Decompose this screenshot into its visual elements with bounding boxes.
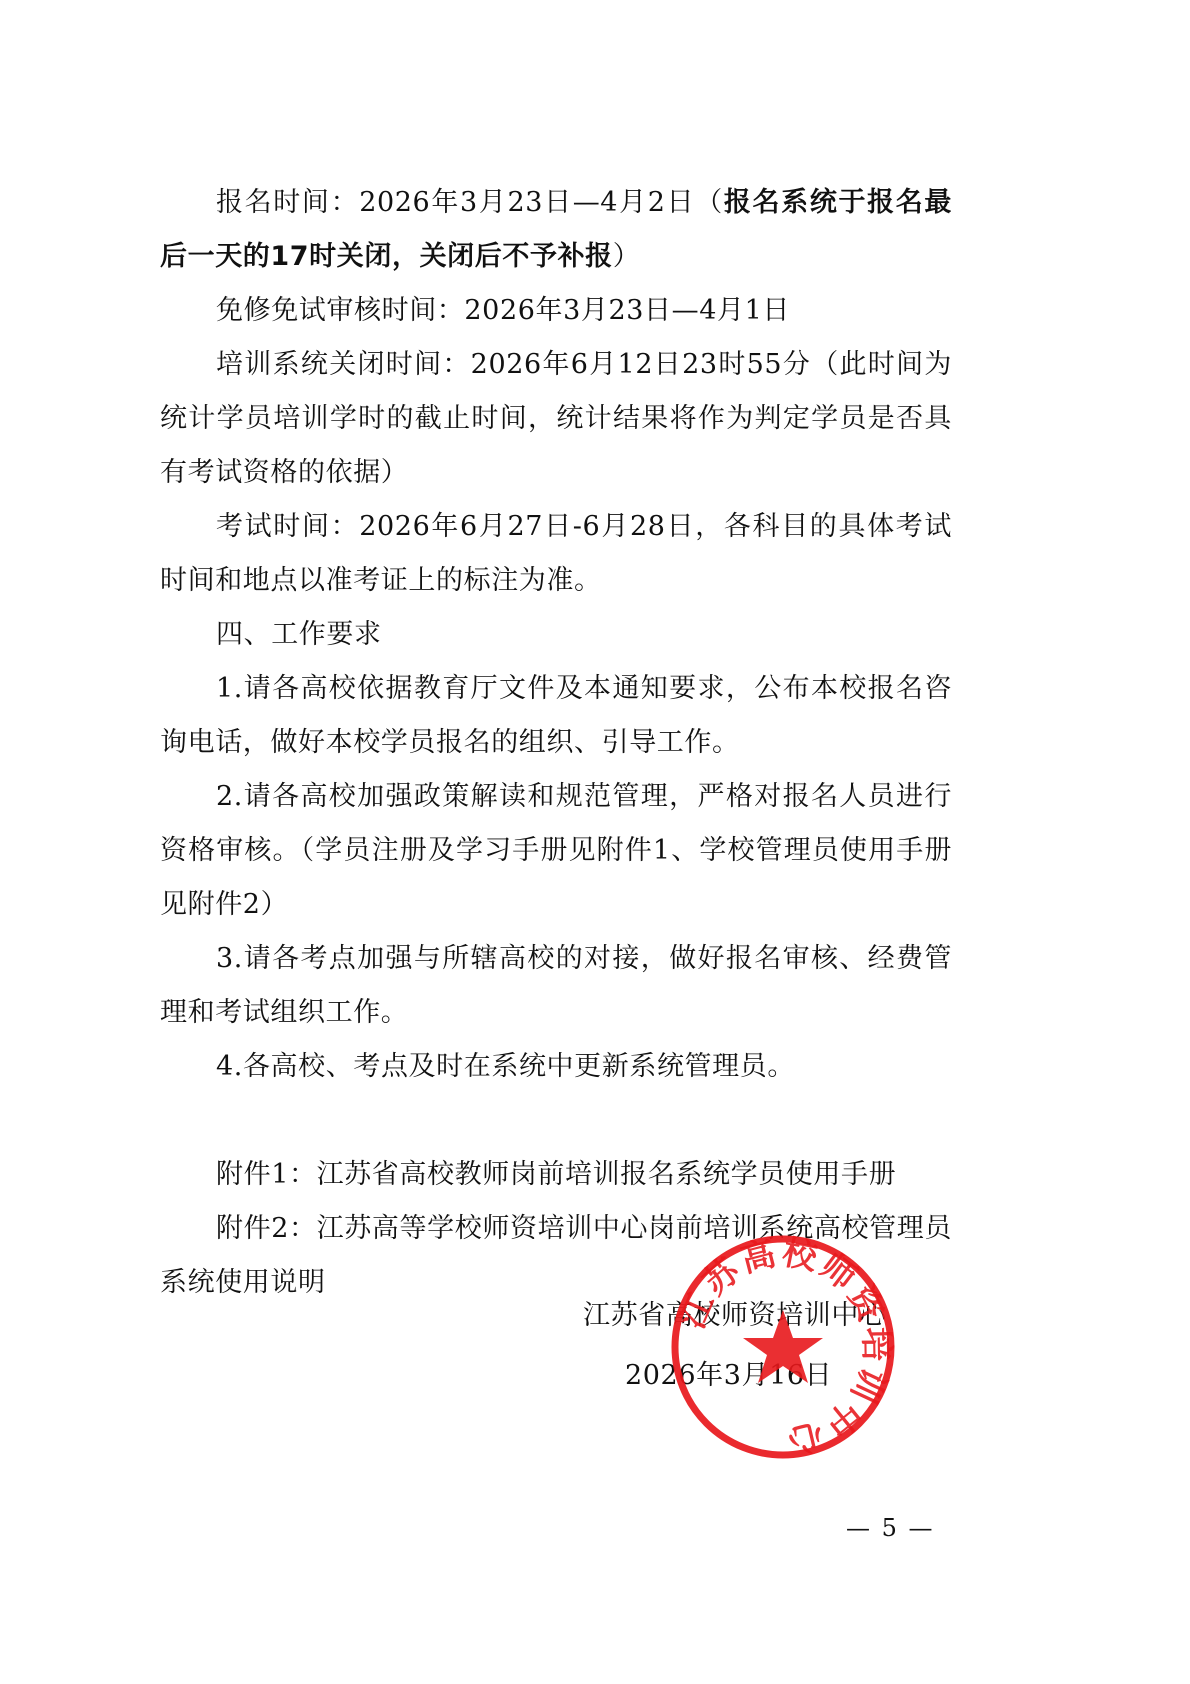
text-segment: 免修免试审核时间：2026年3月23日—4月1日 <box>216 295 790 326</box>
paragraph-exemption-review: 免修免试审核时间：2026年3月23日—4月1日 <box>160 284 952 338</box>
text-segment: 考试时间：2026年6月27日-6月28日，各科目的具体考试时间和地点以准考证上… <box>160 511 952 596</box>
signature-organization: 江苏省高校师资培训中心 <box>583 1286 887 1346</box>
signature-block: 江苏省高校师资培训中心 2026年3月16日 <box>583 1286 887 1406</box>
text-segment: 4.各高校、考点及时在系统中更新系统管理员。 <box>216 1051 795 1082</box>
text-segment: 报名时间：2026年3月23日—4月2日（ <box>216 187 724 218</box>
paragraph-registration: 报名时间：2026年3月23日—4月2日（报名系统于报名最后一天的17时关闭，关… <box>160 176 952 284</box>
requirement-1: 1.请各高校依据教育厅文件及本通知要求，公布本校报名咨询电话，做好本校学员报名的… <box>160 662 952 770</box>
text-segment: ） <box>613 241 641 272</box>
requirement-3: 3.请各考点加强与所辖高校的对接，做好报名审核、经费管理和考试组织工作。 <box>160 932 952 1040</box>
section-heading: 四、工作要求 <box>160 608 952 662</box>
signature-date: 2026年3月16日 <box>583 1346 887 1406</box>
document-page: 报名时间：2026年3月23日—4月2日（报名系统于报名最后一天的17时关闭，关… <box>0 0 1190 1684</box>
text-segment: 培训系统关闭时间：2026年6月12日23时55分（此时间为统计学员培训学时的截… <box>160 349 952 488</box>
attachment-text: 附件1：江苏省高校教师岗前培训报名系统学员使用手册 <box>216 1159 896 1190</box>
section-heading-text: 四、工作要求 <box>216 619 382 650</box>
text-segment: 3.请各考点加强与所辖高校的对接，做好报名审核、经费管理和考试组织工作。 <box>160 943 952 1028</box>
requirement-2: 2.请各高校加强政策解读和规范管理，严格对报名人员进行资格审核。（学员注册及学习… <box>160 770 952 932</box>
spacer <box>160 1094 952 1148</box>
requirement-4: 4.各高校、考点及时在系统中更新系统管理员。 <box>160 1040 952 1094</box>
paragraph-exam-time: 考试时间：2026年6月27日-6月28日，各科目的具体考试时间和地点以准考证上… <box>160 500 952 608</box>
attachment-1: 附件1：江苏省高校教师岗前培训报名系统学员使用手册 <box>160 1148 952 1202</box>
text-segment: 1.请各高校依据教育厅文件及本通知要求，公布本校报名咨询电话，做好本校学员报名的… <box>160 673 952 758</box>
page-number: — 5 — <box>846 1514 935 1542</box>
document-body: 报名时间：2026年3月23日—4月2日（报名系统于报名最后一天的17时关闭，关… <box>160 176 952 1310</box>
text-segment: 2.请各高校加强政策解读和规范管理，严格对报名人员进行资格审核。（学员注册及学习… <box>160 781 952 920</box>
paragraph-system-close: 培训系统关闭时间：2026年6月12日23时55分（此时间为统计学员培训学时的截… <box>160 338 952 500</box>
